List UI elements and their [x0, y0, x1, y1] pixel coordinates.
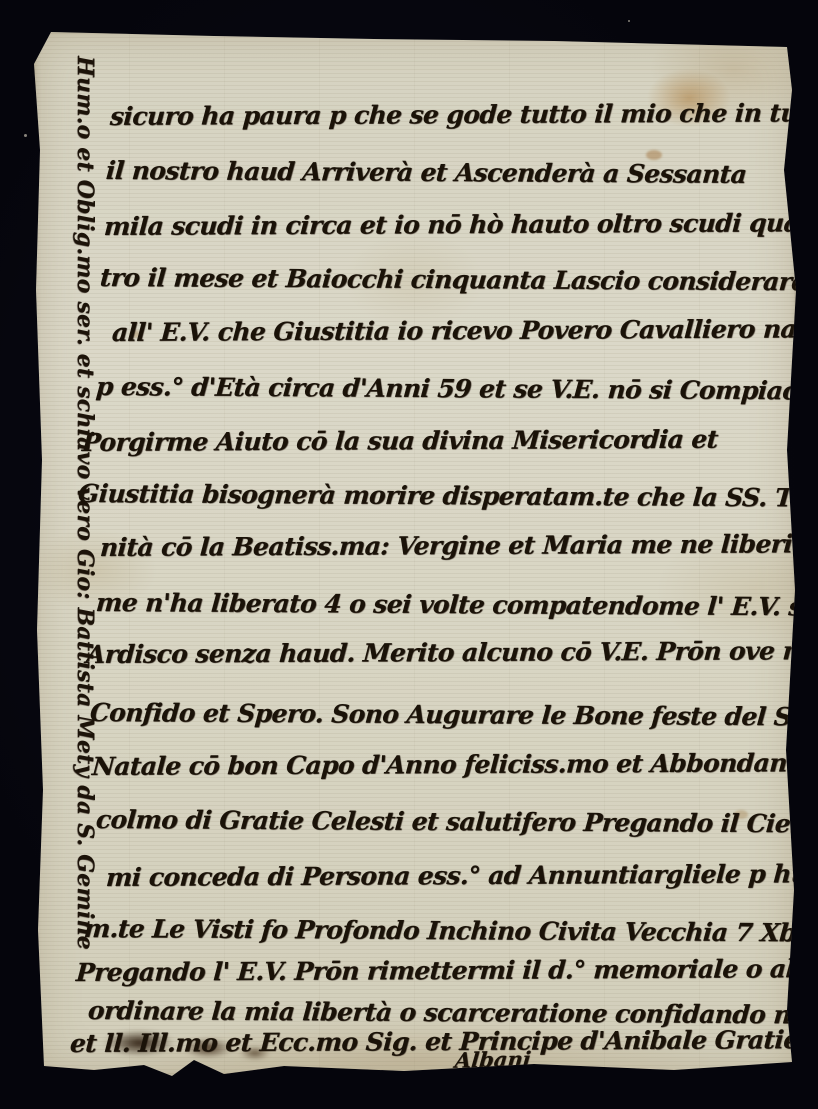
letter-line: me n'ha liberato 4 o sei volte compatend…: [95, 588, 810, 621]
manuscript-paper: Hum.o et Oblig.mo ser. et schiavo vero G…: [34, 30, 797, 1078]
dust-speck: [628, 20, 630, 22]
letter-line: colmo di Gratie Celesti et salutifero Pr…: [95, 805, 816, 838]
letter-line: Pregando l' E.V. Prōn rimettermi il d.° …: [75, 954, 818, 987]
letter-body: sicuro ha paura p che se gode tutto il m…: [34, 30, 797, 1078]
letter-line: il nostro haud Arriverà et Ascenderà a S…: [105, 156, 747, 189]
letter-line: ordinare la mia libertà o scarceratione …: [87, 996, 818, 1030]
letter-line: Giustitia bisognerà morire disperatam.te…: [77, 479, 814, 512]
letter-line: Porgirme Aiuto cō la sua divina Miserico…: [81, 425, 719, 457]
dust-speck: [24, 134, 27, 137]
letter-line: mila scudi in circa et io nō hò hauto ol…: [103, 208, 811, 241]
letter-line: sicuro ha paura p che se gode tutto il m…: [109, 98, 818, 131]
letter-line: et ll. Ill.mo et Ecc.mo Sig. et Principe…: [69, 1024, 818, 1058]
letter-line: nità cō la Beatiss.ma: Vergine et Maria …: [99, 529, 818, 562]
letter-line: tro il mese et Baiocchi cinquanta Lascio…: [99, 263, 808, 296]
letter-line: p ess.° d'Età circa d'Anni 59 et se V.E.…: [95, 372, 813, 405]
letter-line: Confido et Spero. Sono Augurare le Bone …: [89, 698, 818, 732]
letter-line: mi conceda di Persona ess.° ad Annuntiar…: [105, 859, 818, 892]
letter-line: Natale cō bon Capo d'Anno feliciss.mo et…: [91, 748, 818, 781]
signature-annotation: Albani: [454, 1046, 532, 1072]
letter-line-dateline: m.te Le Visti fo Profondo Inchino Civita…: [83, 914, 818, 948]
letter-line: Ardisco senza haud. Merito alcuno cō V.E…: [85, 636, 818, 669]
photo-backdrop: Hum.o et Oblig.mo ser. et schiavo vero G…: [0, 0, 818, 1109]
letter-line: all' E.V. che Giustitia io ricevo Povero…: [111, 314, 818, 347]
